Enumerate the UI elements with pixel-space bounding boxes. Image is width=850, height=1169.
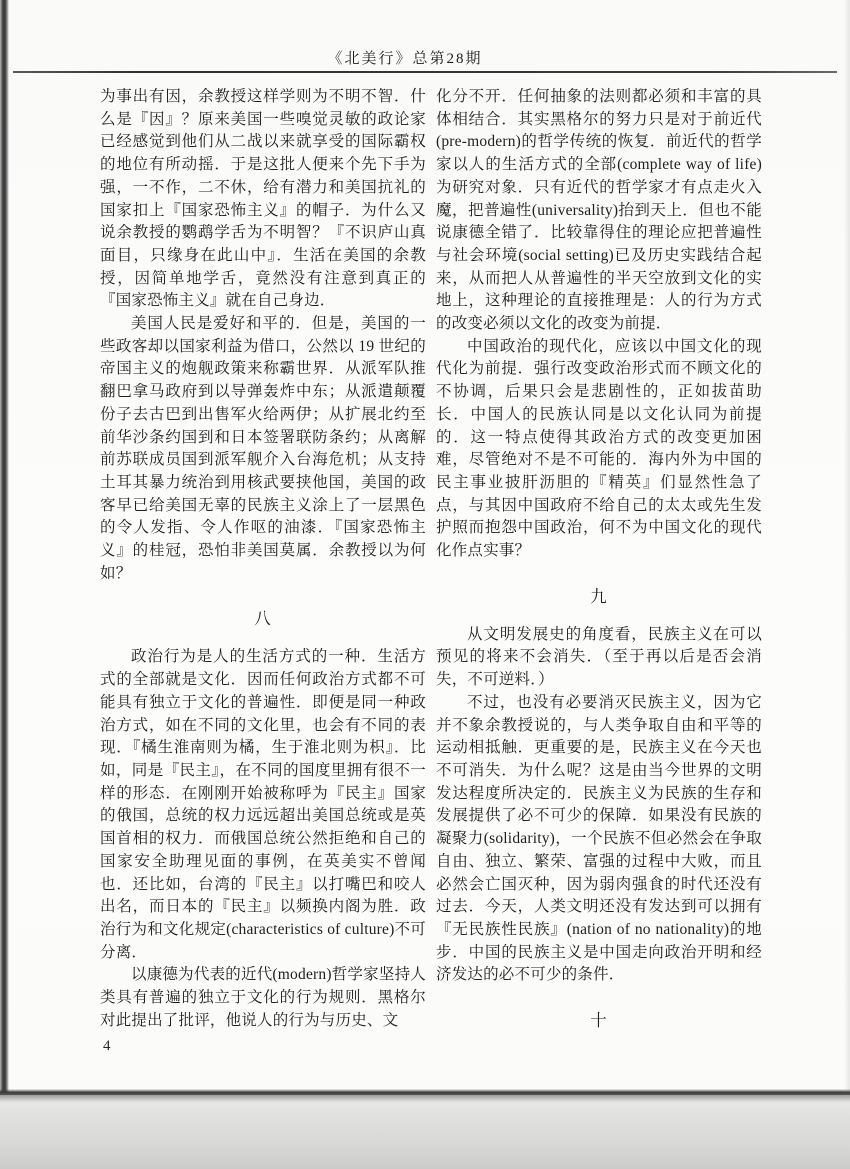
paragraph: 政治行为是人的生活方式的一种．生活方式的全部就是文化．因而任何政治方式都不可能具… <box>100 646 426 964</box>
paragraph: 从文明发展史的角度看，民族主义在可以预见的将来不会消失．（至于再以后是否会消失，… <box>436 624 762 692</box>
journal-issue-title: 《北美行》总第28期 <box>327 47 482 68</box>
right-column: 化分不开．任何抽象的法则都必须和丰富的具体相结合．其实黑格尔的努力只是对于前近代… <box>436 86 762 1048</box>
page-number: 4 <box>103 1038 111 1055</box>
section-heading: 九 <box>436 583 762 607</box>
section-heading: 十 <box>436 1007 762 1031</box>
paragraph: 美国人民是爱好和平的．但是，美国的一些政客却以国家利益为借口，公然以 19 世纪… <box>100 313 426 585</box>
page-body: 为事出有因，余教授这样学则为不明不智．什么是『因』？原来美国一些嗅觉灵敏的政论家… <box>100 86 762 1048</box>
paragraph: 化分不开．任何抽象的法则都必须和丰富的具体相结合．其实黑格尔的努力只是对于前近代… <box>436 86 762 336</box>
scanner-background-line <box>0 1150 850 1152</box>
scan-binding-edge <box>0 0 9 1096</box>
left-column: 为事出有因，余教授这样学则为不明不智．什么是『因』？原来美国一些嗅觉灵敏的政论家… <box>100 86 426 1048</box>
paragraph: 不过，也没有必要消灭民族主义，因为它并不象余教授说的，与人类争取自由和平等的运动… <box>436 692 762 987</box>
scanned-page: 《北美行》总第28期 为事出有因，余教授这样学则为不明不智．什么是『因』？原来美… <box>0 0 850 1169</box>
paragraph: 中国政治的现代化，应该以中国文化的现代化为前提．强行改变政治形式而不顾文化的不协… <box>436 336 762 563</box>
scanner-background <box>0 1095 850 1169</box>
scan-right-edge-shadow <box>844 0 850 1090</box>
paragraph: 以康德为代表的近代(modern)哲学家坚持人类具有普遍的独立于文化的行为规则．… <box>100 964 426 1032</box>
header-divider-line <box>13 71 837 73</box>
paragraph: 为事出有因，余教授这样学则为不明不智．什么是『因』？原来美国一些嗅觉灵敏的政论家… <box>100 86 426 313</box>
page-header: 《北美行》总第28期 <box>0 47 850 68</box>
section-heading: 八 <box>100 605 426 629</box>
